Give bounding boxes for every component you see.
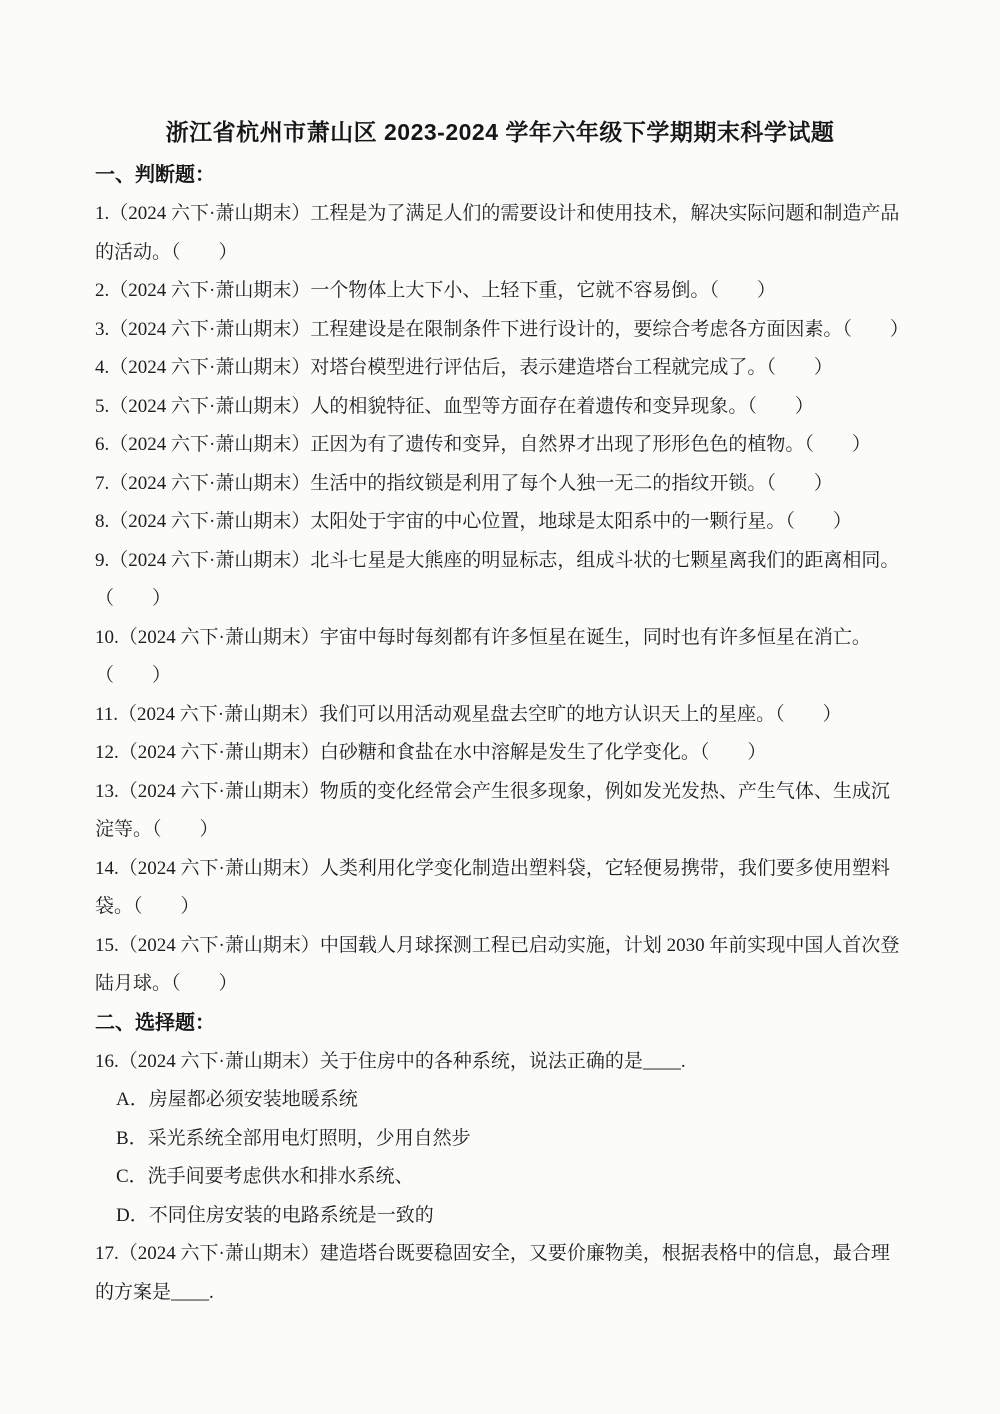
question-2: 2.（2024 六下·萧山期末）一个物体上大下小、上轻下重，它就不容易倒。（ ） (95, 272, 905, 311)
question-11: 11.（2024 六下·萧山期末）我们可以用活动观星盘去空旷的地方认识天上的星座… (95, 696, 905, 735)
question-13: 13.（2024 六下·萧山期末）物质的变化经常会产生很多现象，例如发光发热、产… (95, 773, 905, 850)
question-6: 6.（2024 六下·萧山期末）正因为有了遗传和变异，自然界才出现了形形色色的植… (95, 426, 905, 465)
question-8: 8.（2024 六下·萧山期末）太阳处于宇宙的中心位置，地球是太阳系中的一颗行星… (95, 503, 905, 542)
question-1: 1.（2024 六下·萧山期末）工程是为了满足人们的需要设计和使用技术，解决实际… (95, 195, 905, 272)
exam-paper-page: 浙江省杭州市萧山区 2023-2024 学年六年级下学期期末科学试题 一、判断题… (0, 0, 1000, 1414)
question-16-option-d: D．不同住房安装的电路系统是一致的 (95, 1197, 905, 1236)
question-7: 7.（2024 六下·萧山期末）生活中的指纹锁是利用了每个人独一无二的指纹开锁。… (95, 465, 905, 504)
question-10: 10.（2024 六下·萧山期末）宇宙中每时每刻都有许多恒星在诞生，同时也有许多… (95, 619, 905, 696)
document-title: 浙江省杭州市萧山区 2023-2024 学年六年级下学期期末科学试题 (95, 112, 905, 152)
question-3: 3.（2024 六下·萧山期末）工程建设是在限制条件下进行设计的，要综合考虑各方… (95, 311, 905, 350)
section-heading-multiple-choice: 二、选择题： (95, 1004, 905, 1043)
question-16-option-c: C．洗手间要考虑供水和排水系统、 (95, 1158, 905, 1197)
question-16-option-a: A．房屋都必须安装地暖系统 (95, 1081, 905, 1120)
question-14: 14.（2024 六下·萧山期末）人类利用化学变化制造出塑料袋，它轻便易携带，我… (95, 850, 905, 927)
question-9: 9.（2024 六下·萧山期末）北斗七星是大熊座的明显标志，组成斗状的七颗星离我… (95, 542, 905, 619)
section-heading-true-false: 一、判断题： (95, 156, 905, 195)
question-17: 17.（2024 六下·萧山期末）建造塔台既要稳固安全，又要价廉物美，根据表格中… (95, 1235, 905, 1312)
question-15: 15.（2024 六下·萧山期末）中国载人月球探测工程已启动实施，计划 2030… (95, 927, 905, 1004)
question-12: 12.（2024 六下·萧山期末）白砂糖和食盐在水中溶解是发生了化学变化。（ ） (95, 734, 905, 773)
question-5: 5.（2024 六下·萧山期末）人的相貌特征、血型等方面存在着遗传和变异现象。（… (95, 388, 905, 427)
question-16-option-b: B．采光系统全部用电灯照明，少用自然步 (95, 1120, 905, 1159)
question-16: 16.（2024 六下·萧山期末）关于住房中的各种系统，说法正确的是____. (95, 1043, 905, 1082)
question-4: 4.（2024 六下·萧山期末）对塔台模型进行评估后，表示建造塔台工程就完成了。… (95, 349, 905, 388)
